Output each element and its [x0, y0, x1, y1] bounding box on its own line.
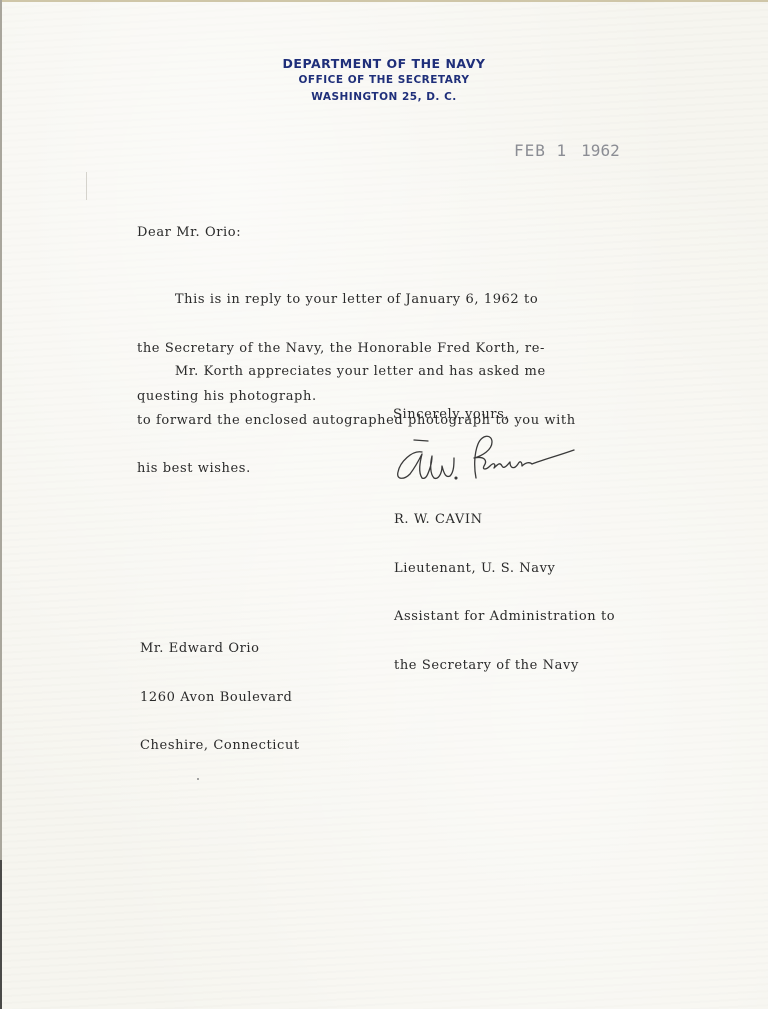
paper-left-edge	[0, 0, 2, 1009]
letterhead-address: WASHINGTON 25, D. C.	[0, 91, 768, 103]
address-line: Mr. Edward Orio	[140, 640, 300, 659]
address-line: Cheshire, Connecticut	[140, 737, 300, 756]
signer-title-line: Lieutenant, U. S. Navy	[394, 560, 615, 579]
paper-left-edge-shadow	[0, 860, 2, 1009]
date-stamp-month-day: FEB 1	[514, 141, 567, 160]
paper-top-edge	[0, 0, 768, 2]
paragraph-line: to forward the enclosed autographed phot…	[137, 412, 576, 431]
date-stamp: FEB 11962	[514, 141, 620, 160]
paper-speck	[197, 778, 199, 780]
letterhead-office: OFFICE OF THE SECRETARY	[0, 74, 768, 86]
handwritten-signature-icon	[392, 430, 582, 488]
paragraph-line: Mr. Korth appreciates your letter and ha…	[137, 363, 576, 382]
signer-title-line: Assistant for Administration to	[394, 608, 615, 627]
signer-name: R. W. CAVIN	[394, 511, 615, 530]
letterhead-department: DEPARTMENT OF THE NAVY	[0, 56, 768, 71]
paper-fold-mark	[86, 172, 87, 200]
address-line: 1260 Avon Boulevard	[140, 689, 300, 708]
date-stamp-year: 1962	[581, 141, 620, 160]
closing: Sincerely yours,	[393, 407, 509, 422]
paragraph-line: This is in reply to your letter of Janua…	[137, 291, 545, 310]
signer-title-line: the Secretary of the Navy	[394, 657, 615, 676]
letter-paper	[0, 0, 768, 1009]
salutation: Dear Mr. Orio:	[137, 225, 241, 240]
signature-block: R. W. CAVIN Lieutenant, U. S. Navy Assis…	[394, 481, 615, 690]
recipient-address: Mr. Edward Orio 1260 Avon Boulevard Ches…	[140, 610, 300, 771]
